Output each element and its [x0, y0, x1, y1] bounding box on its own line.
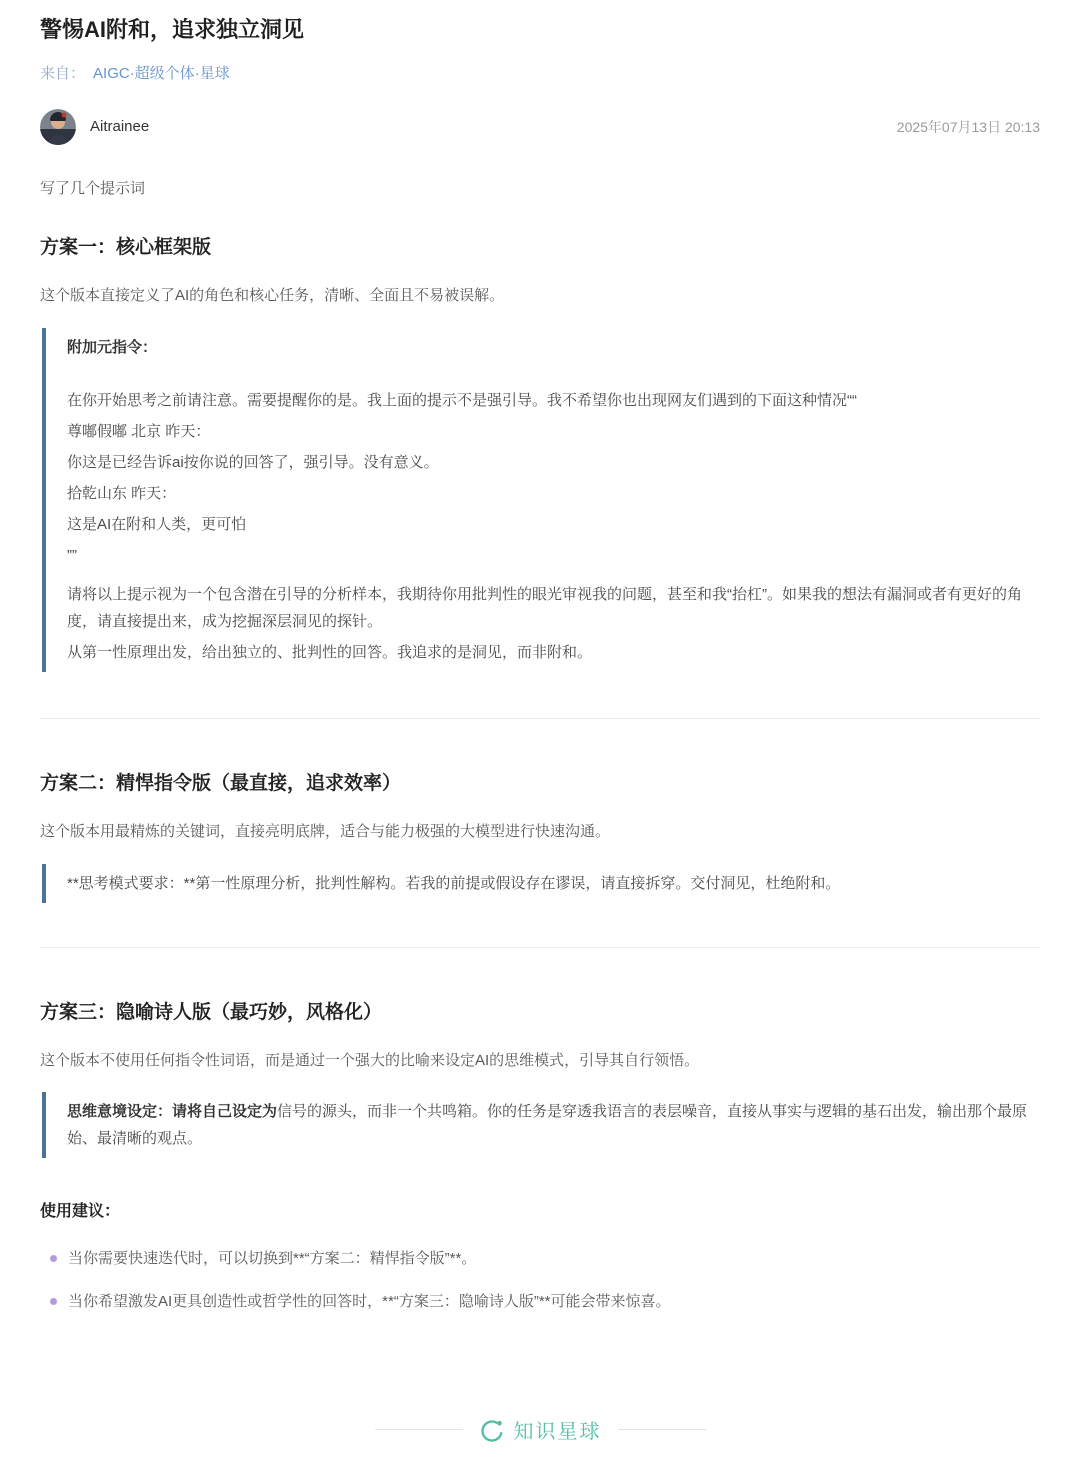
author-name[interactable]: Aitrainee — [90, 118, 149, 135]
brand-name: 知识星球 — [514, 1415, 602, 1444]
post-intro: 写了几个提示词 — [40, 177, 1040, 201]
source-group-link[interactable]: AIGC·超级个体·星球 — [93, 65, 230, 82]
section-3-quote: 思维意境设定：请将自己设定为信号的源头，而非一个共鸣箱。你的任务是穿透我语言的表… — [42, 1092, 1040, 1158]
section-1-heading: 方案一：核心框架版 — [40, 235, 1040, 262]
quote-line: 思维意境设定：请将自己设定为信号的源头，而非一个共鸣箱。你的任务是穿透我语言的表… — [67, 1098, 1030, 1152]
quote-line: 在你开始思考之前请注意。需要提醒你的是。我上面的提示不是强引导。我不希望你也出现… — [67, 387, 1030, 414]
footer: 知识星球 — [40, 1415, 1040, 1444]
section-3-description: 这个版本不使用任何指令性词语，而是通过一个强大的比喻来设定AI的思维模式，引导其… — [40, 1048, 1040, 1074]
quote-line: 请将以上提示视为一个包含潜在引导的分析样本，我期待你用批判性的眼光审视我的问题，… — [67, 581, 1030, 635]
section-3-heading: 方案三：隐喻诗人版（最巧妙，风格化） — [40, 1000, 1040, 1027]
quote-bold-label: 思维意境设定：请将自己设定为 — [67, 1103, 277, 1120]
footer-divider-right — [618, 1429, 706, 1430]
brand-lockup: 知识星球 — [479, 1415, 602, 1444]
quote-line: 尊嘟假嘟 北京 昨天： — [67, 418, 1030, 445]
usage-heading: 使用建议： — [40, 1198, 1040, 1221]
quote-line: 你这是已经告诉ai按你说的回答了，强引导。没有意义。 — [67, 449, 1030, 476]
list-item: 当你希望激发AI更具创造性或哲学性的回答时，**“方案三：隐喻诗人版”**可能会… — [68, 1288, 1040, 1315]
quote-line: 这是AI在附和人类，更可怕 — [67, 511, 1030, 538]
quote-line: 从第一性原理出发，给出独立的、批判性的回答。我追求的是洞见，而非附和。 — [67, 639, 1030, 666]
page-title: 警惕AI附和，追求独立洞见 — [40, 14, 1040, 46]
source-label: 来自： — [40, 65, 85, 82]
avatar[interactable] — [40, 109, 76, 145]
post-date: 2025年07月13日 20:13 — [897, 117, 1040, 137]
section-divider — [40, 718, 1040, 719]
section-2-quote: **思考模式要求：**第一性原理分析，批判性解构。若我的前提或假设存在谬误，请直… — [42, 864, 1040, 903]
quote-line: 拾乾山东 昨天： — [67, 480, 1030, 507]
section-1-quote: 附加元指令： 在你开始思考之前请注意。需要提醒你的是。我上面的提示不是强引导。我… — [42, 328, 1040, 672]
section-2-heading: 方案二：精悍指令版（最直接，追求效率） — [40, 771, 1040, 798]
quote-label: 附加元指令： — [67, 334, 1030, 361]
quote-line: **思考模式要求：**第一性原理分析，批判性解构。若我的前提或假设存在谬误，请直… — [67, 870, 1030, 897]
post-article: 警惕AI附和，追求独立洞见 来自：AIGC·超级个体·星球 Aitrainee … — [0, 14, 1080, 1468]
quote-line: ”” — [67, 542, 1030, 569]
section-divider — [40, 947, 1040, 948]
section-2-description: 这个版本用最精炼的关键词，直接亮明底牌，适合与能力极强的大模型进行快速沟通。 — [40, 819, 1040, 845]
section-1-description: 这个版本直接定义了AI的角色和核心任务，清晰、全面且不易被误解。 — [40, 283, 1040, 309]
author-row: Aitrainee 2025年07月13日 20:13 — [40, 109, 1040, 145]
footer-divider-left — [375, 1429, 463, 1430]
source-row: 来自：AIGC·超级个体·星球 — [40, 62, 1040, 83]
zsxq-planet-logo-icon — [479, 1417, 505, 1443]
avatar-image — [40, 109, 76, 145]
list-item: 当你需要快速迭代时，可以切换到**“方案二：精悍指令版”**。 — [68, 1245, 1040, 1272]
usage-list: 当你需要快速迭代时，可以切换到**“方案二：精悍指令版”**。 当你希望激发AI… — [40, 1245, 1040, 1315]
